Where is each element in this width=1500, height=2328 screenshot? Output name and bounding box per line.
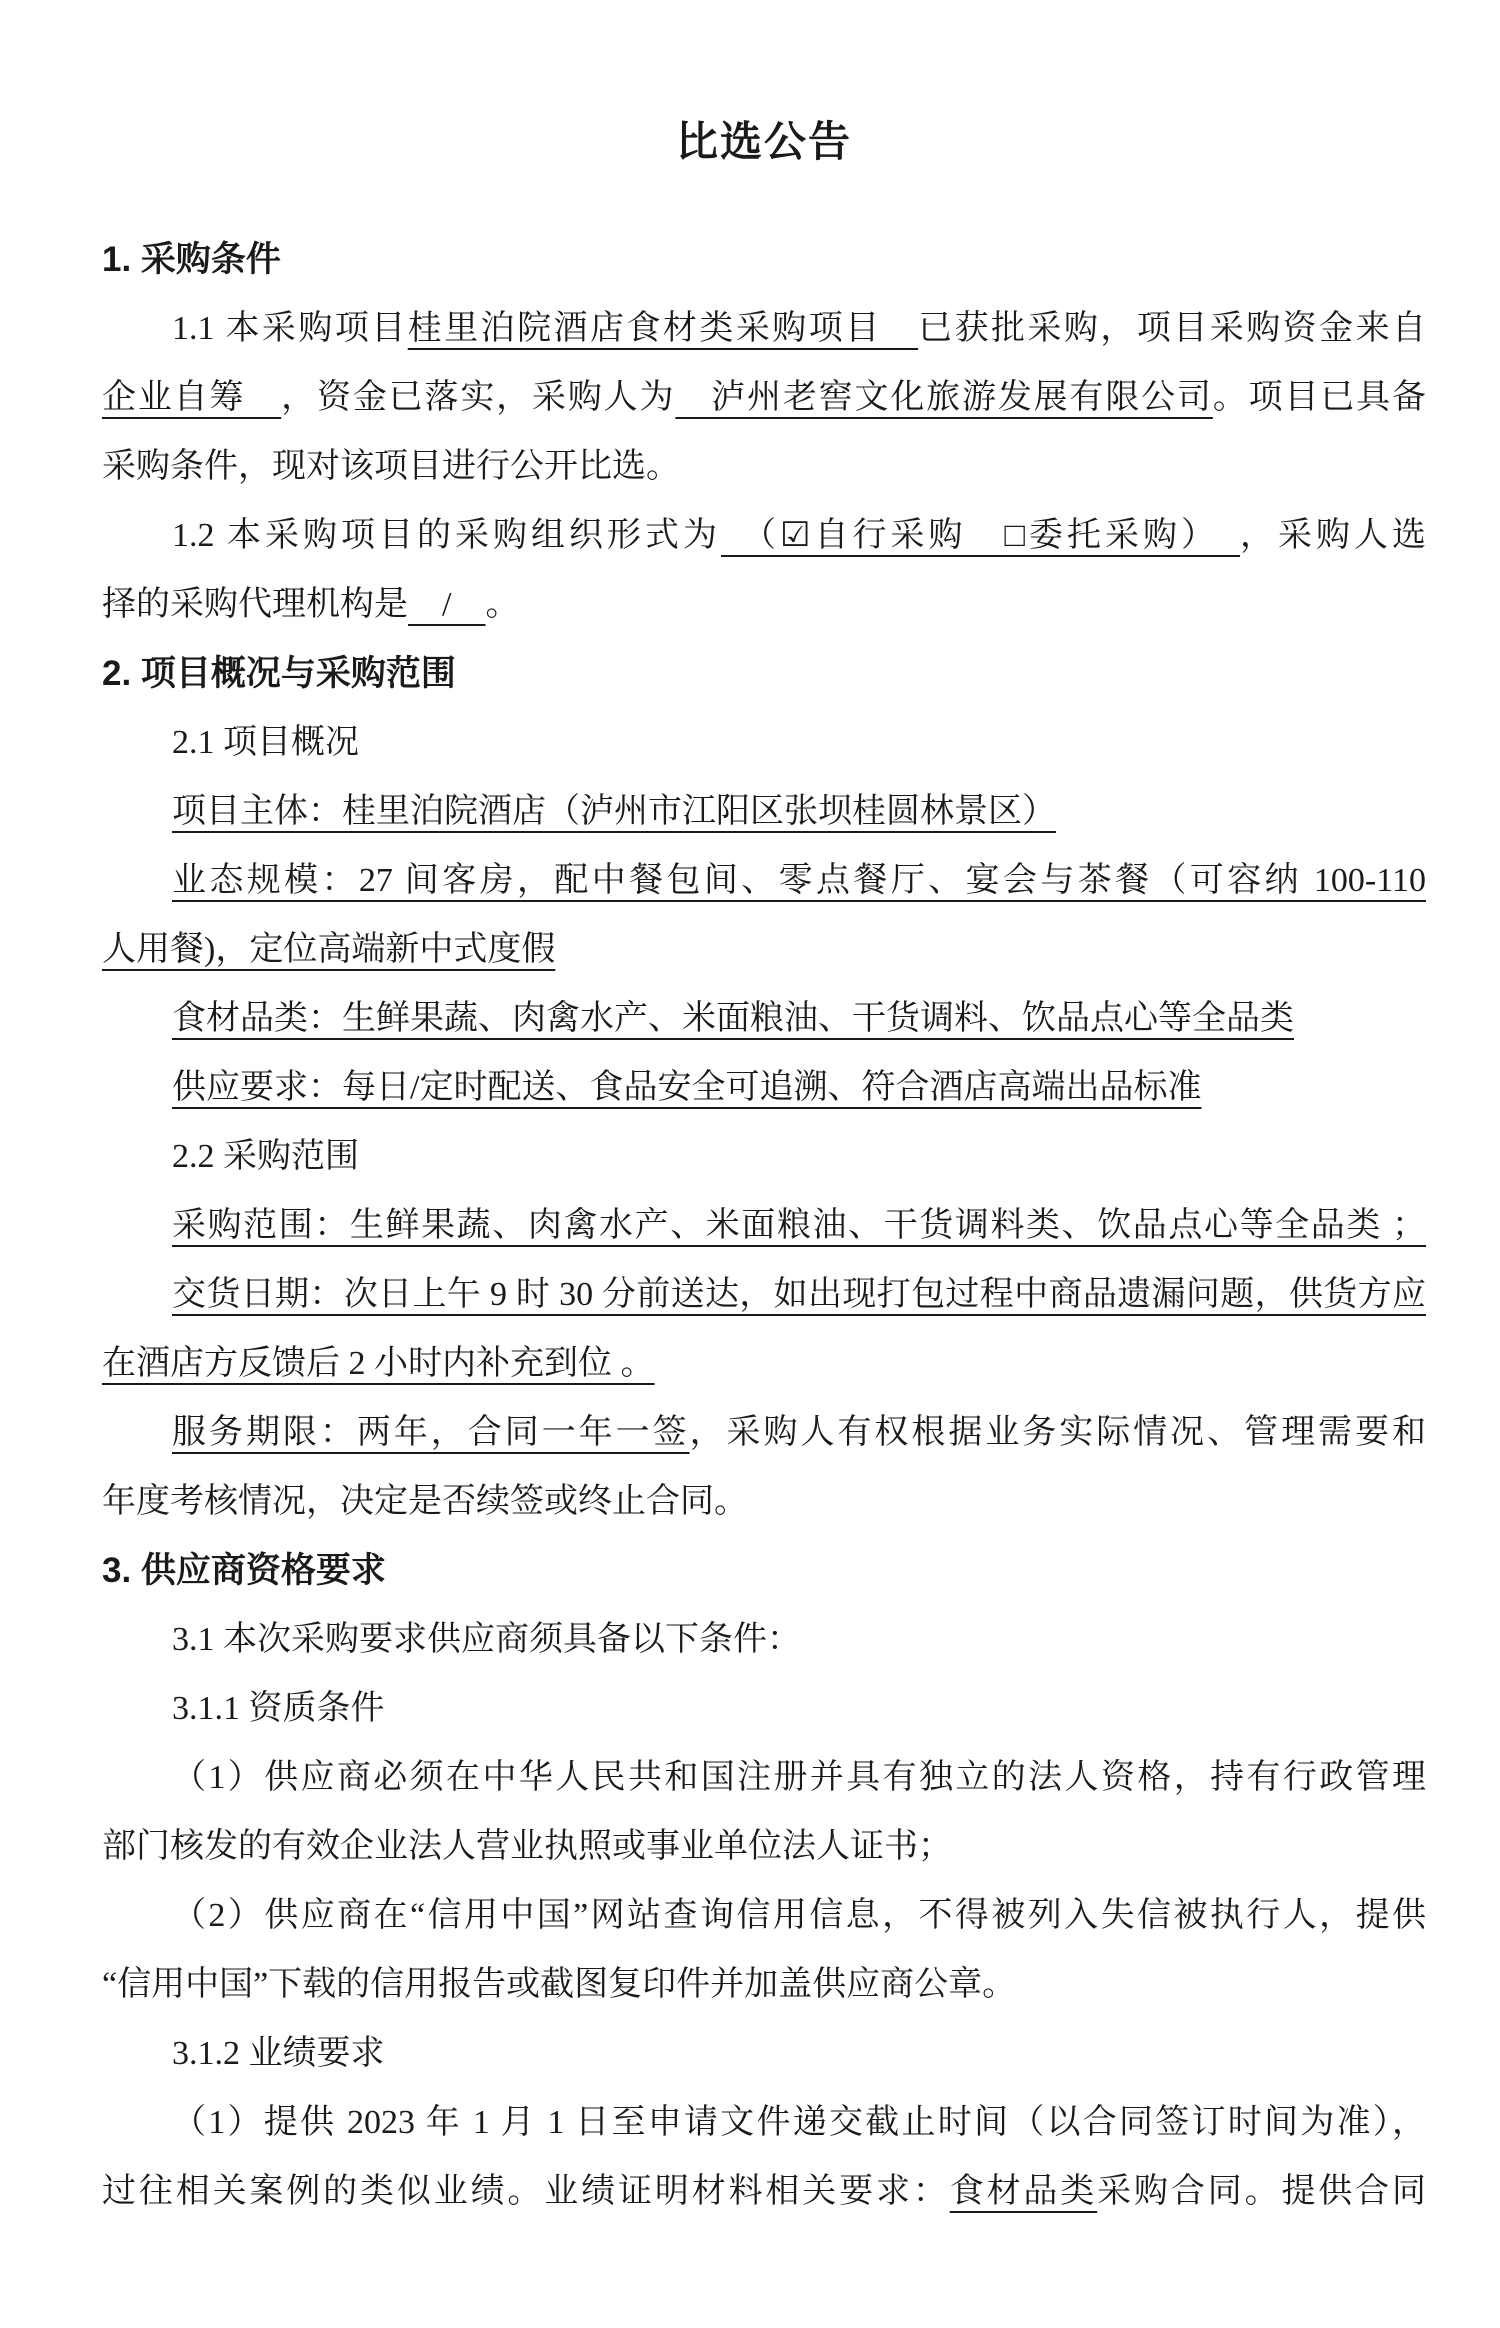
section-3-heading: 3. 供应商资格要求 xyxy=(102,1536,1426,1605)
line-project-entity: 项目主体：桂里泊院酒店（泸州市江阳区张坝桂圆林景区） xyxy=(102,777,1426,846)
blank-agency-slash: / xyxy=(408,586,485,623)
option-entrusted-procurement-label: 委托采购） xyxy=(1029,517,1240,554)
line-credit-check-2: “信用中国”下载的信用报告或截图复印件并加盖供应商公章。 xyxy=(102,1950,1426,2019)
clause-1-1-line-3: 采购条件，现对该项目进行公开比选。 xyxy=(102,432,1426,501)
line-service-term-1: 服务期限：两年，合同一年一签，采购人有权根据业务实际情况、管理需要和 xyxy=(102,1398,1426,1467)
text-segment: ，资金已落实，采购人为 xyxy=(281,379,675,416)
line-credit-check-1: （2）供应商在“信用中国”网站查询信用信息，不得被列入失信被执行人，提供 xyxy=(102,1881,1426,1950)
line-performance-1: （1）提供 2023 年 1 月 1 日至申请文件递交截止时间（以合同签订时间为… xyxy=(102,2088,1426,2157)
line-qualification-2: 部门核发的有效企业法人营业执照或事业单位法人证书； xyxy=(102,1812,1426,1881)
text-segment: 1.1 本采购项目 xyxy=(172,310,408,347)
clause-1-2-line-2: 择的采购代理机构是 / 。 xyxy=(102,570,1426,639)
blank-project-name: 桂里泊院酒店食材类采购项目 xyxy=(408,310,918,347)
line-business-scale-1: 业态规模：27 间客房，配中餐包间、零点餐厅、宴会与茶餐（可容纳 100-110 xyxy=(102,846,1426,915)
clause-3-1-1-heading: 3.1.1 资质条件 xyxy=(102,1674,1426,1743)
text-segment: 。项目已具备 xyxy=(1213,379,1426,416)
blank-open-paren: （ xyxy=(721,517,780,554)
clause-1-2-line-1: 1.2 本采购项目的采购组织形式为 （☑自行采购 □委托采购） ，采购人选 xyxy=(102,501,1426,570)
checkbox-unchecked-icon: □ xyxy=(1004,517,1029,554)
line-food-categories: 食材品类：生鲜果蔬、肉禽水产、米面粮油、干货调料、饮品点心等全品类 xyxy=(102,984,1426,1053)
text-segment: 。 xyxy=(485,586,519,623)
checkbox-checked-icon: ☑ xyxy=(780,517,810,554)
line-delivery-date-1: 交货日期：次日上午 9 时 30 分前送达，如出现打包过程中商品遗漏问题，供货方… xyxy=(102,1260,1426,1329)
section-1-heading: 1. 采购条件 xyxy=(102,225,1426,294)
clause-2-1-heading: 2.1 项目概况 xyxy=(102,708,1426,777)
text-segment: 过往相关案例的类似业绩。业绩证明材料相关要求： xyxy=(102,2173,950,2210)
text-segment: ，采购人有权根据业务实际情况、管理需要和 xyxy=(690,1414,1426,1451)
clause-1-1-line-2: 企业自筹 ，资金已落实，采购人为 泸州老窖文化旅游发展有限公司。项目已具备 xyxy=(102,363,1426,432)
line-delivery-date-2: 在酒店方反馈后 2 小时内补充到位 。 xyxy=(102,1329,1426,1398)
clause-3-1: 3.1 本次采购要求供应商须具备以下条件： xyxy=(102,1605,1426,1674)
blank-purchaser-name: 泸州老窖文化旅游发展有限公司 xyxy=(675,379,1213,416)
line-procurement-scope: 采购范围：生鲜果蔬、肉禽水产、米面粮油、干货调料类、饮品点心等全品类 ； xyxy=(102,1191,1426,1260)
clause-2-2-heading: 2.2 采购范围 xyxy=(102,1122,1426,1191)
line-supply-requirements: 供应要求：每日/定时配送、食品安全可追溯、符合酒店高端出品标准 xyxy=(102,1053,1426,1122)
doc-title: 比选公告 xyxy=(102,104,1426,180)
text-segment: 采购合同。提供合同 xyxy=(1097,2173,1426,2210)
line-performance-2: 过往相关案例的类似业绩。业绩证明材料相关要求：食材品类采购合同。提供合同 xyxy=(102,2157,1426,2226)
clause-1-1-line-1: 1.1 本采购项目桂里泊院酒店食材类采购项目 已获批采购，项目采购资金来自 xyxy=(102,294,1426,363)
line-qualification-1: （1）供应商必须在中华人民共和国注册并具有独立的法人资格，持有行政管理 xyxy=(102,1743,1426,1812)
clause-3-1-2-heading: 3.1.2 业绩要求 xyxy=(102,2019,1426,2088)
blank-fund-source: 企业自筹 xyxy=(102,379,281,416)
text-segment: 1.2 本采购项目的采购组织形式为 xyxy=(172,517,721,554)
text-segment: 已获批采购，项目采购资金来自 xyxy=(918,310,1426,347)
line-service-term-2: 年度考核情况，决定是否续签或终止合同。 xyxy=(102,1467,1426,1536)
section-2-heading: 2. 项目概况与采购范围 xyxy=(102,639,1426,708)
line-business-scale-2: 人用餐)，定位高端新中式度假 xyxy=(102,915,1426,984)
text-segment: ，采购人选 xyxy=(1240,517,1426,554)
announcement-page: 比选公告 1. 采购条件 1.1 本采购项目桂里泊院酒店食材类采购项目 已获批采… xyxy=(0,0,1500,2328)
text-segment: 择的采购代理机构是 xyxy=(102,586,408,623)
blank-service-term: 服务期限：两年，合同一年一签 xyxy=(172,1414,690,1451)
option-self-procurement-label: 自行采购 xyxy=(810,517,1004,554)
blank-contract-category: 食材品类 xyxy=(950,2173,1097,2210)
